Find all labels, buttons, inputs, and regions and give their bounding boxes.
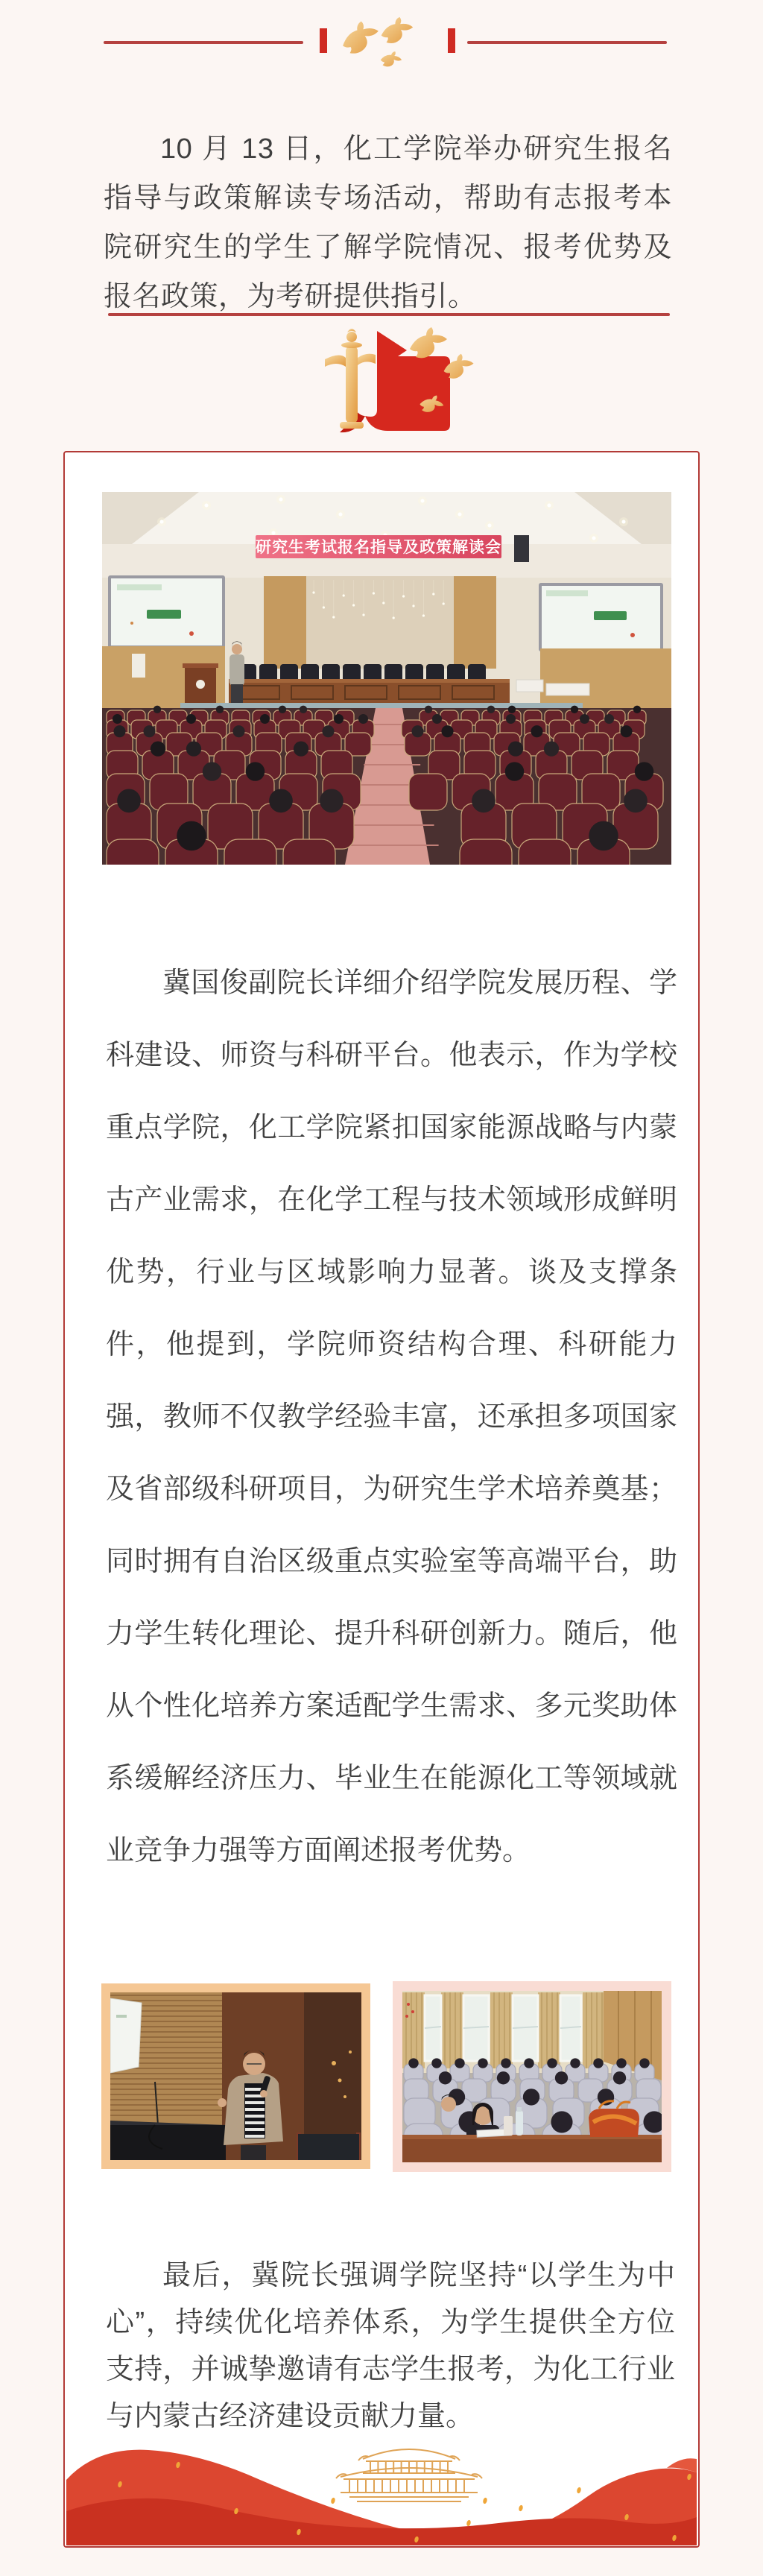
projection-screen-left [108, 575, 225, 648]
wave-footer [66, 2434, 697, 2545]
article-card: 研究生考试报名指导及政策解读会 [63, 451, 700, 2548]
divider-bar-right [448, 28, 455, 53]
photo-audience[interactable] [393, 1981, 671, 2172]
auditorium-photo[interactable]: 研究生考试报名指导及政策解读会 [102, 492, 671, 865]
header-divider [0, 0, 763, 82]
huabiao-doves-icon [319, 321, 477, 435]
section-divider-line [108, 313, 670, 316]
divider-bar-left [320, 28, 327, 53]
doves-icon [335, 16, 432, 73]
photo-speaker[interactable] [101, 1983, 370, 2169]
intro-paragraph: 10 月 13 日，化工学院举办研究生报名指导与政策解读专场活动，帮助有志报考本… [104, 124, 672, 321]
gate-tower-icon [336, 2449, 482, 2501]
divider-line-right [467, 41, 667, 44]
closing-paragraph: 最后，冀院长强调学院坚持“以学生为中心”，持续优化培养体系，为学生提供全方位支持… [106, 2253, 675, 2440]
body-paragraph: 冀国俊副院长详细介绍学院发展历程、学科建设、师资与科研平台。他表示，作为学校重点… [106, 947, 677, 1887]
projection-screen-right [539, 583, 663, 651]
photo-banner-text: 研究生考试报名指导及政策解读会 [256, 538, 501, 556]
article-page: 10 月 13 日，化工学院举办研究生报名指导与政策解读专场活动，帮助有志报考本… [0, 0, 763, 2576]
divider-line-left [104, 41, 303, 44]
